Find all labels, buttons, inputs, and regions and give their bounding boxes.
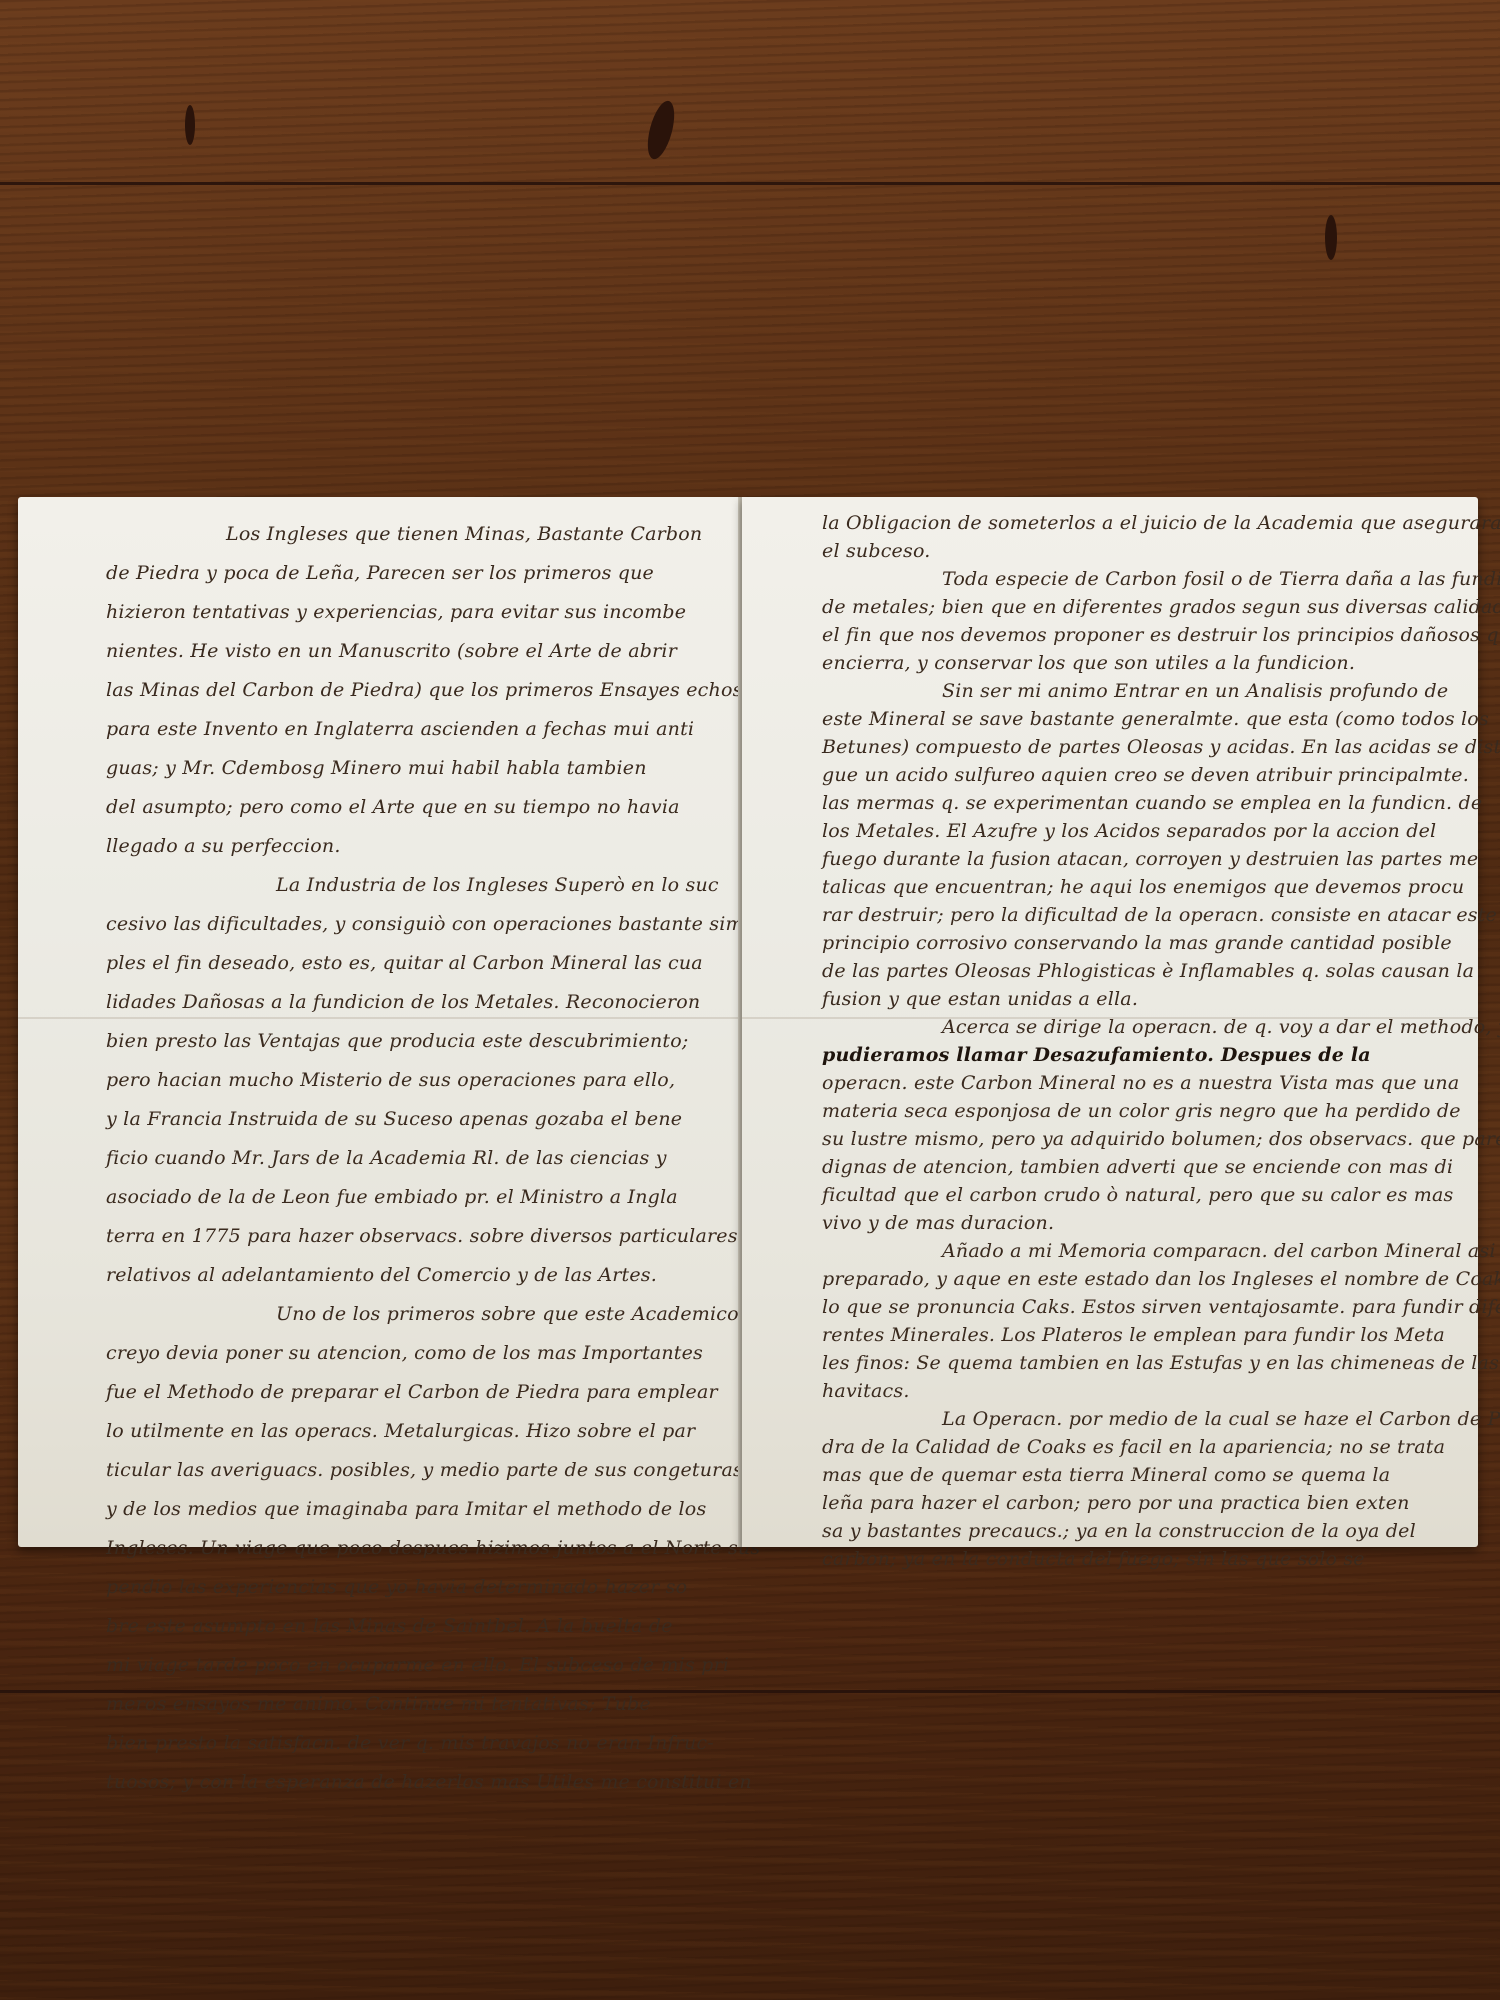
text-line: Sin ser mi animo Entrar en un Analisis p…	[822, 677, 1456, 705]
text-line: mi viage tarde poco en ocuparme en ello.…	[106, 1646, 722, 1685]
text-line: meros ensayos me animo. Continue mi tent…	[106, 1685, 722, 1724]
text-line: materia seca esponjosa de un color gris …	[822, 1097, 1456, 1125]
text-line: lidades Dañosas a la fundicion de los Me…	[106, 983, 722, 1022]
text-line: el subceso.	[822, 537, 1456, 565]
manuscript-left-page: Los Ingleses que tienen Minas, Bastante …	[18, 497, 740, 1547]
text-line: rentes Minerales. Los Plateros le emplea…	[822, 1321, 1456, 1349]
text-line: Los Ingleses que tienen Minas, Bastante …	[106, 515, 722, 554]
text-line: cesivo las dificultades, y consiguiò con…	[106, 905, 722, 944]
text-line: tuosos; y con la esperanza de hazerlos m…	[106, 1763, 722, 1802]
text-line: Toda especie de Carbon fosil o de Tierra…	[822, 565, 1456, 593]
table-plank-seam	[0, 182, 1500, 185]
wood-knot	[1325, 215, 1337, 260]
manuscript-right-page: la Obligacion de someterlos a el juicio …	[742, 497, 1478, 1547]
text-line: La Industria de los Ingleses Superò en l…	[106, 866, 722, 905]
text-line: preparado, y aque en este estado dan los…	[822, 1265, 1456, 1293]
text-line: dra de la Calidad de Coaks es facil en l…	[822, 1433, 1456, 1461]
text-line: dignas de atencion, tambien adverti que …	[822, 1153, 1456, 1181]
text-line: sa y bastantes precaucs.; ya en la const…	[822, 1517, 1456, 1545]
text-line: bien presto las Ventajas que producia es…	[106, 1022, 722, 1061]
text-line: pero hacian mucho Misterio de sus operac…	[106, 1061, 722, 1100]
text-line: talicas que encuentran; he aqui los enem…	[822, 873, 1456, 901]
text-line: creyo devia poner su atencion, como de l…	[106, 1334, 722, 1373]
text-line: lo que se pronuncia Caks. Estos sirven v…	[822, 1293, 1456, 1321]
text-line: lo utilmente en las operacs. Metalurgica…	[106, 1412, 722, 1451]
text-line: mas que de quemar esta tierra Mineral co…	[822, 1461, 1456, 1489]
text-line: fue el Methodo de preparar el Carbon de …	[106, 1373, 722, 1412]
text-line: la Obligacion de someterlos a el juicio …	[822, 509, 1456, 537]
text-line: Uno de los primeros sobre que este Acade…	[106, 1295, 722, 1334]
text-line: del asumpto; pero como el Arte que en su…	[106, 788, 722, 827]
text-line: hizieron tentativas y experiencias, para…	[106, 593, 722, 632]
wood-knot	[643, 98, 680, 162]
text-line: Ingleses. Un viage que poco despues hizi…	[106, 1529, 722, 1568]
text-line: los Metales. El Azufre y los Acidos sepa…	[822, 817, 1456, 845]
text-line: asociado de la de Leon fue embiado pr. e…	[106, 1178, 722, 1217]
text-line: relativos al adelantamiento del Comercio…	[106, 1256, 722, 1295]
text-line: Añado a mi Memoria comparacn. del carbon…	[822, 1237, 1456, 1265]
text-line: rar destruir; pero la dificultad de la o…	[822, 901, 1456, 929]
text-line: de Piedra y poca de Leña, Parecen ser lo…	[106, 554, 722, 593]
text-line: bre este asumpto en las Minas de Saintbe…	[106, 1607, 722, 1646]
text-line: de las partes Oleosas Phlogisticas è Inf…	[822, 957, 1456, 985]
text-line: su lustre mismo, pero ya adquirido bolum…	[822, 1125, 1456, 1153]
text-line: principio corrosivo conservando la mas g…	[822, 929, 1456, 957]
text-line: nientes. He visto en un Manuscrito (sobr…	[106, 632, 722, 671]
text-line: Betunes) compuesto de partes Oleosas y a…	[822, 733, 1456, 761]
text-line: pudieramos llamar Desazufamiento. Despue…	[822, 1041, 1456, 1069]
text-line: leña para hazer el carbon; pero por una …	[822, 1489, 1456, 1517]
text-line: ticular las averiguacs. posibles, y medi…	[106, 1451, 722, 1490]
text-line: vivo y de mas duracion.	[822, 1209, 1456, 1237]
text-line: y la Francia Instruida de su Suceso apen…	[106, 1100, 722, 1139]
text-line: terra en 1775 para hazer observacs. sobr…	[106, 1217, 722, 1256]
text-line: guas; y Mr. Cdembosg Minero mui habil ha…	[106, 749, 722, 788]
wood-knot	[185, 105, 195, 145]
text-line: para este Invento en Inglaterra asciende…	[106, 710, 722, 749]
text-line: las mermas q. se experimentan cuando se …	[822, 789, 1456, 817]
text-line: les finos: Se quema tambien en las Estuf…	[822, 1349, 1456, 1377]
text-line: llegado a su perfeccion.	[106, 827, 722, 866]
text-line: pendio las experiencias que yo havia det…	[106, 1568, 722, 1607]
text-line: bien presto la satisfacn. de ver q. mis …	[106, 1724, 722, 1763]
text-line: operacn. este Carbon Mineral no es a nue…	[822, 1069, 1456, 1097]
text-line: las Minas del Carbon de Piedra) que los …	[106, 671, 722, 710]
text-line: fuego durante la fusion atacan, corroyen…	[822, 845, 1456, 873]
text-line: carbon; ya en la conducta del fuego; sin…	[822, 1545, 1456, 1573]
text-line: el fin que nos devemos proponer es destr…	[822, 621, 1456, 649]
text-line: ficio cuando Mr. Jars de la Academia Rl.…	[106, 1139, 722, 1178]
text-line: Acerca se dirige la operacn. de q. voy a…	[822, 1013, 1456, 1041]
text-line: havitacs.	[822, 1377, 1456, 1405]
text-line: este Mineral se save bastante generalmte…	[822, 705, 1456, 733]
text-line: gue un acido sulfureo aquien creo se dev…	[822, 761, 1456, 789]
text-line: de metales; bien que en diferentes grado…	[822, 593, 1456, 621]
text-line: ficultad que el carbon crudo ò natural, …	[822, 1181, 1456, 1209]
text-line: y de los medios que imaginaba para Imita…	[106, 1490, 722, 1529]
text-line: ples el fin deseado, esto es, quitar al …	[106, 944, 722, 983]
text-line: La Operacn. por medio de la cual se haze…	[822, 1405, 1456, 1433]
text-line: encierra, y conservar los que son utiles…	[822, 649, 1456, 677]
text-line: fusion y que estan unidas a ella.	[822, 985, 1456, 1013]
